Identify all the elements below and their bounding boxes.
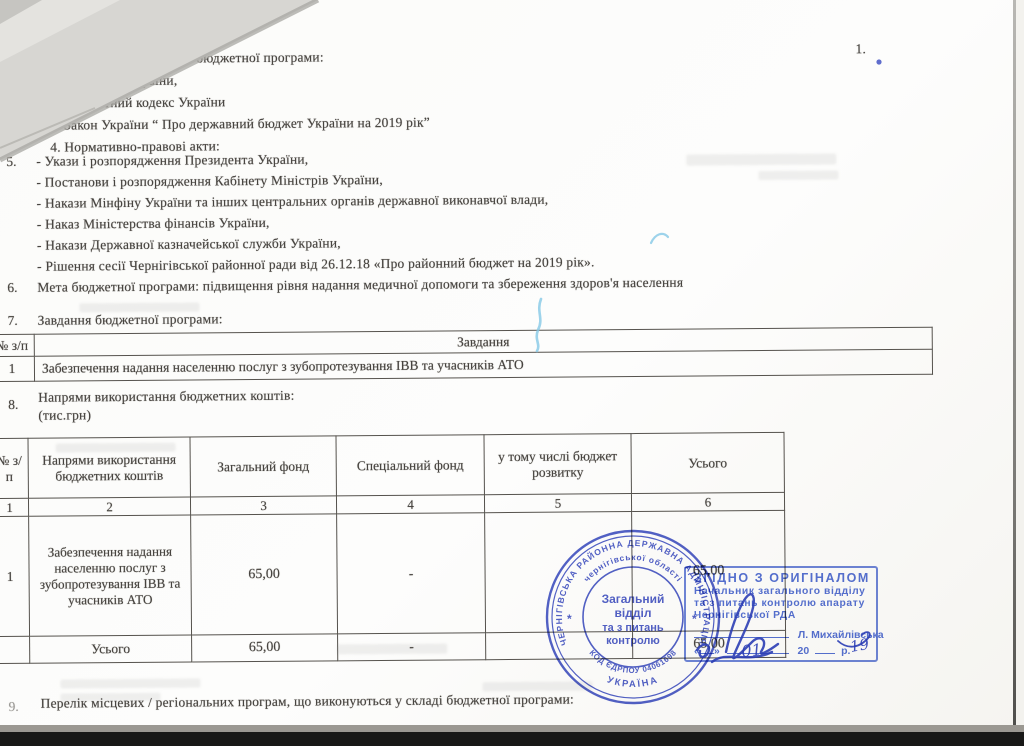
item-8-units: (тис.грн) — [38, 407, 91, 423]
legal-ref-2: - Постанови і розпорядження Кабінету Мін… — [36, 172, 383, 191]
page-number: 1. — [855, 41, 866, 57]
item-7-tasks-label: Завдання бюджетної програми: — [38, 311, 223, 328]
usage-header-num: № з/п — [0, 438, 28, 498]
intro-title: Підстави для виконання бюджетної програм… — [49, 49, 323, 67]
round-official-stamp: ЧЕРНІГІВСЬКА РАЙОННА ДЕРЖАВНА АДМІНІСТРА… — [543, 527, 723, 707]
legal-ref-6: - Рішення сесії Чернігівської районної р… — [37, 254, 594, 274]
scanner-band-grey — [0, 725, 1024, 732]
page-right-edge — [1013, 0, 1016, 734]
usage-colnum-5: 5 — [484, 494, 631, 513]
usage-colnum-2: 2 — [28, 497, 190, 516]
bleedthrough-mark — [758, 170, 838, 180]
usage-row1-spec: - — [337, 513, 486, 634]
scanned-document-page: 1. Підстави для виконання бюджетної прог… — [0, 0, 1024, 746]
scanner-band-black — [0, 732, 1024, 746]
item-number-8: 8. — [8, 397, 18, 413]
usage-total-label: Усього — [30, 635, 192, 663]
item-number-6: 6. — [7, 280, 17, 296]
usage-header-spec: Спеціальний фонд — [336, 435, 484, 496]
stamp-edrpou-text: КОД ЄДРПОУ 04061698 — [588, 648, 679, 675]
bleedthrough-mark — [686, 153, 836, 165]
intro-line-3: 3. Закон України “ Про державний бюджет … — [50, 115, 430, 134]
item-number-5: 5. — [6, 154, 16, 170]
usage-total-blank — [0, 636, 30, 663]
svg-text:КОД ЄДРПОУ 04061698: КОД ЄДРПОУ 04061698 — [588, 648, 679, 675]
legal-ref-1: - Укази і розпорядження Президента Украї… — [36, 152, 308, 170]
usage-header-total: Усього — [631, 432, 784, 493]
stamp-star-right: * — [692, 612, 697, 626]
usage-colnum-3: 3 — [190, 496, 336, 515]
task-table-header-num: № з/п — [0, 334, 34, 356]
usage-row1-num: 1 — [0, 516, 30, 636]
scan-right-margin — [1016, 0, 1024, 735]
stamp-center-line-3: та з питань — [602, 622, 664, 634]
stamp-star-left: * — [567, 612, 572, 626]
intro-line-1: Конституція України, — [50, 73, 178, 90]
legal-ref-3: - Накази Мінфіну України та інших центра… — [37, 192, 549, 212]
task-row-num: 1 — [0, 356, 35, 381]
stamp-center-line-2: відділ — [615, 606, 652, 620]
usage-row1-gen: 65,00 — [191, 514, 338, 635]
usage-header-dev: у тому числі бюджет розвитку — [484, 434, 631, 495]
item-number-7: 7. — [8, 313, 18, 329]
legal-ref-5: - Накази Державної казначейської служби … — [37, 235, 341, 253]
stamp-country-text: УКРАЇНА — [606, 673, 660, 689]
certify-signee: Л. Михайлівська — [798, 629, 884, 641]
bleedthrough-mark — [79, 302, 199, 312]
usage-header-gen: Загальний фонд — [190, 436, 336, 497]
bleedthrough-mark — [60, 678, 200, 688]
svg-text:УКРАЇНА: УКРАЇНА — [606, 673, 660, 689]
legal-ref-4: - Наказ Міністерства фінансів України, — [37, 215, 270, 233]
item-number-9: 9. — [9, 699, 19, 715]
usage-colnum-4: 4 — [336, 495, 484, 514]
stamp-center-line-1: Загальний — [602, 592, 665, 606]
item-8-usage-label: Напрями використання бюджетних коштів: — [38, 388, 294, 406]
usage-row1-dir: Забезпечення надання населенню послуг з … — [29, 515, 192, 636]
year-suffix: р. — [841, 645, 850, 657]
usage-colnum-6: 6 — [631, 492, 784, 511]
bleedthrough-mark — [61, 693, 161, 702]
task-table: № з/п Завдання 1 Забезпечення надання на… — [0, 327, 933, 382]
stamp-center-line-4: контролю — [606, 635, 660, 647]
year-prefix: 20 — [798, 645, 810, 657]
usage-colnum-1: 1 — [0, 498, 29, 516]
intro-line-2: 2. Бюджетний кодекс України — [50, 94, 226, 111]
usage-total-gen: 65,00 — [192, 634, 338, 662]
bleedthrough-mark — [56, 443, 176, 453]
bleedthrough-mark — [337, 644, 447, 655]
item-6-goal: Мета бюджетної програми: підвищення рівн… — [37, 275, 683, 296]
